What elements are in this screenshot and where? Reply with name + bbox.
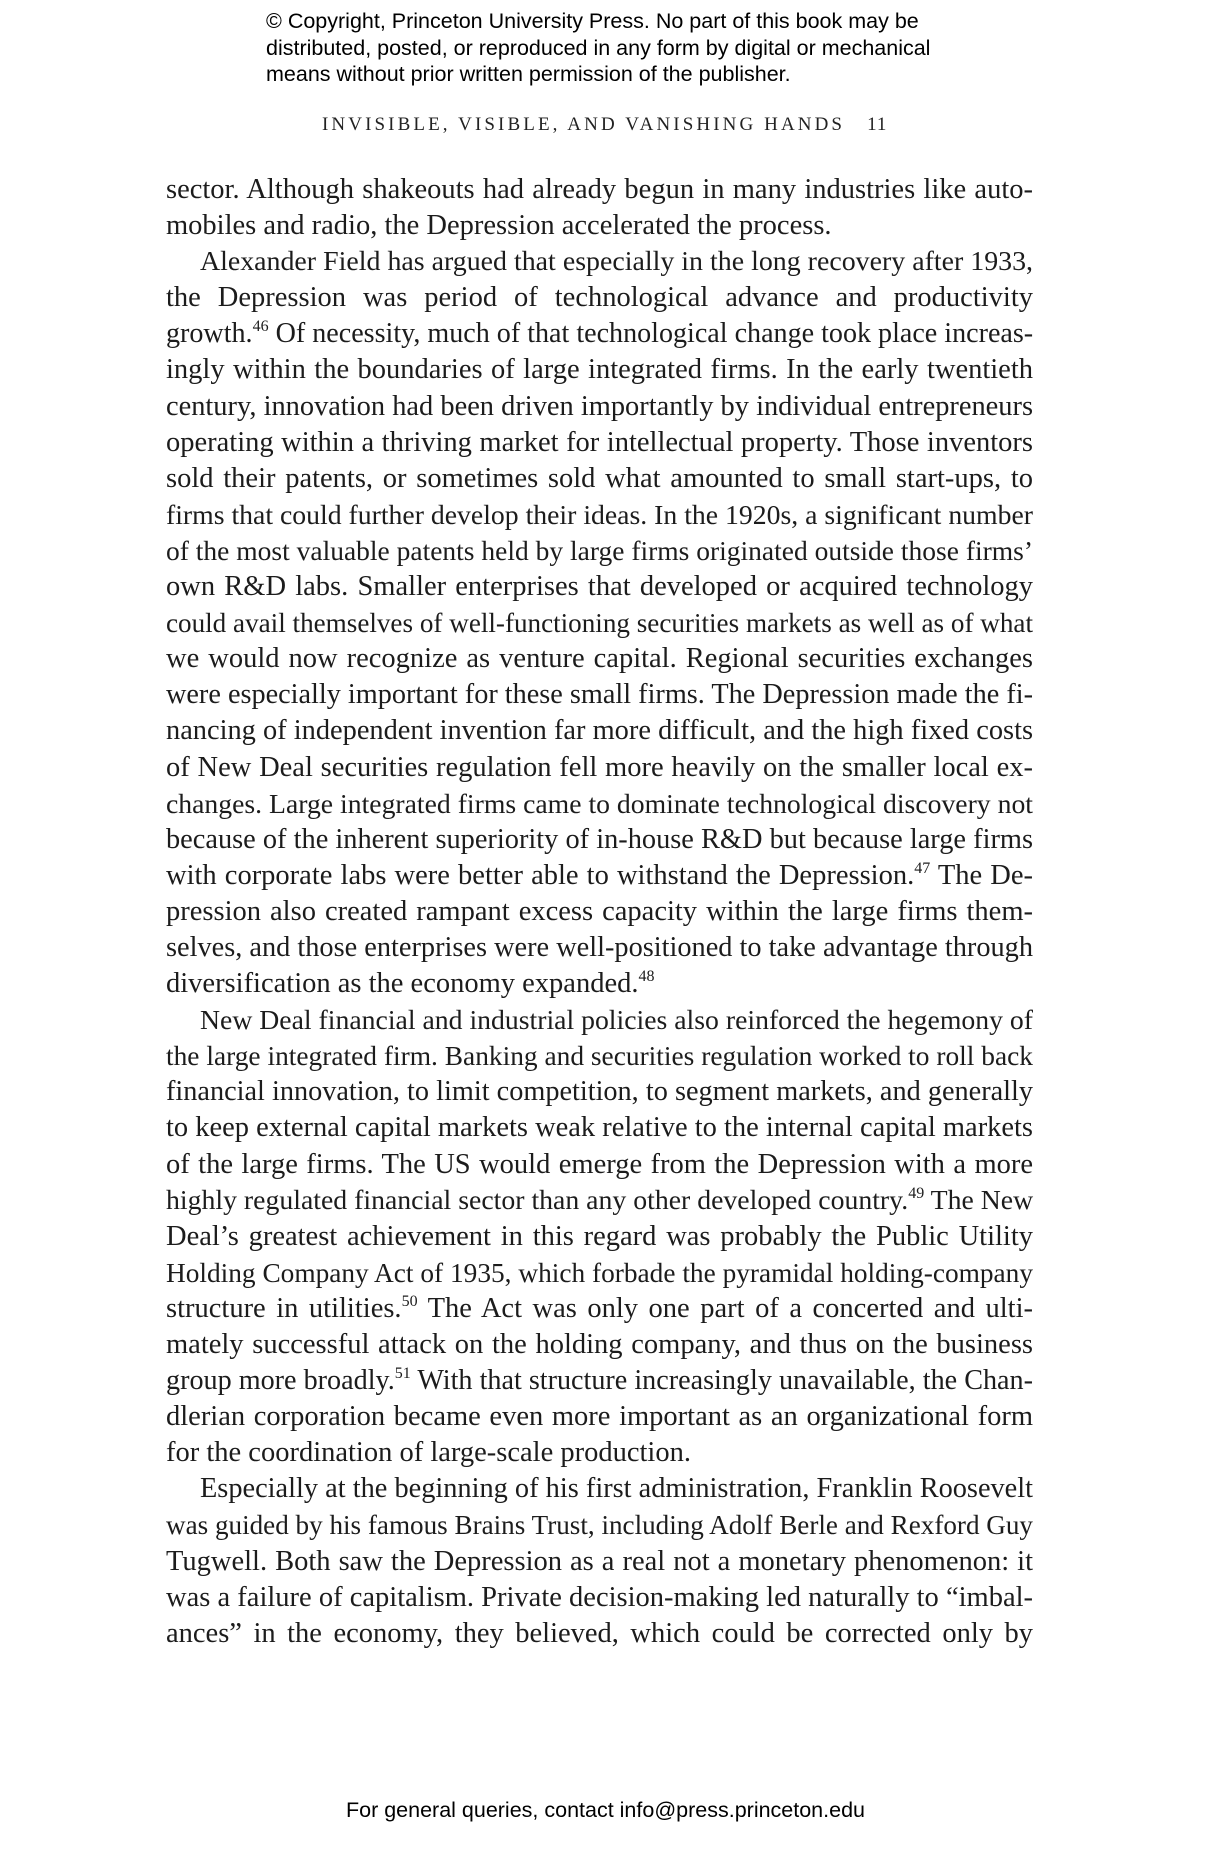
text-line-content: century, innovation had been driven impo…: [166, 391, 1033, 422]
text-line: of New Deal securities regulation fell m…: [166, 750, 1033, 786]
running-head-title: INVISIBLE, VISIBLE, AND VANISHING HANDS: [322, 114, 845, 135]
text-line-content: pression also created rampant excess cap…: [166, 896, 1033, 927]
footer-notice: For general queries, contact info@press.…: [0, 1798, 1225, 1823]
text-line: structure in utilities.50 The Act was on…: [166, 1291, 1033, 1327]
text-line-content: the large integrated firm. Banking and s…: [166, 1041, 1033, 1071]
text-line-content: with corporate labs were better able to …: [166, 860, 914, 891]
text-line: century, innovation had been driven impo…: [166, 389, 1033, 425]
text-line: sector. Although shakeouts had already b…: [166, 172, 1033, 208]
text-line: because of the inherent superiority of i…: [166, 822, 1033, 858]
text-line-continuation: The Act was only one part of a concerted…: [418, 1293, 1033, 1324]
text-line-content: firms that could further develop their i…: [166, 499, 1033, 530]
text-line-content: nancing of independent invention far mor…: [166, 715, 1033, 746]
text-line: firms that could further develop their i…: [166, 497, 1033, 533]
text-line-content: sold their patents, or sometimes sold wh…: [166, 463, 1033, 494]
copyright-line: distributed, posted, or reproduced in an…: [266, 35, 986, 62]
text-line-content: ances” in the economy, they believed, wh…: [166, 1618, 1033, 1649]
text-line: of the most valuable patents held by lar…: [166, 533, 1033, 569]
text-line: Especially at the beginning of his first…: [166, 1471, 1033, 1507]
text-line: Holding Company Act of 1935, which forba…: [166, 1255, 1033, 1291]
text-line-content: dlerian corporation became even more imp…: [166, 1401, 1033, 1432]
text-line: selves, and those enterprises were well-…: [166, 930, 1033, 966]
text-line-content: Holding Company Act of 1935, which forba…: [166, 1258, 1033, 1288]
text-line-content: for the coordination of large-scale prod…: [166, 1437, 691, 1468]
text-line: were especially important for these smal…: [166, 677, 1033, 713]
text-line-continuation: With that structure increasingly unavail…: [411, 1365, 1033, 1396]
text-line-content: financial innovation, to limit competiti…: [166, 1076, 1033, 1107]
text-line-content: mately successful attack on the holding …: [166, 1329, 1033, 1360]
text-line: was a failure of capitalism. Private dec…: [166, 1580, 1033, 1616]
footer-text: For general queries, contact info@press.…: [346, 1798, 865, 1822]
text-line: changes. Large integrated firms came to …: [166, 786, 1033, 822]
text-line-content: could avail themselves of well-functioni…: [166, 608, 1033, 638]
text-line: the large integrated firm. Banking and s…: [166, 1038, 1033, 1074]
text-line-continuation: Of necessity, much of that technological…: [269, 318, 1034, 349]
text-line-continuation: The New: [924, 1185, 1033, 1216]
running-head: INVISIBLE, VISIBLE, AND VANISHING HANDS1…: [322, 114, 887, 144]
footnote-reference: 48: [638, 968, 654, 985]
text-line: highly regulated financial sector than a…: [166, 1183, 1033, 1219]
footnote-reference: 47: [914, 860, 930, 877]
text-line-content: diversification as the economy expanded.: [166, 968, 638, 999]
copyright-line: © Copyright, Princeton University Press.…: [266, 8, 986, 35]
text-line: the Depression was period of technologic…: [166, 280, 1033, 316]
text-line-content: sector. Although shakeouts had already b…: [166, 174, 1033, 205]
text-line-content: highly regulated financial sector than a…: [166, 1185, 908, 1216]
text-line: with corporate labs were better able to …: [166, 858, 1033, 894]
text-line-content: to keep external capital markets weak re…: [166, 1112, 1033, 1143]
text-line-content: of New Deal securities regulation fell m…: [166, 752, 1033, 783]
text-line: nancing of independent invention far mor…: [166, 713, 1033, 749]
text-line-content: New Deal financial and industrial polici…: [200, 1004, 1033, 1035]
text-line: pression also created rampant excess cap…: [166, 894, 1033, 930]
text-line-content: own R&D labs. Smaller enterprises that d…: [166, 571, 1033, 602]
text-line-content: because of the inherent superiority of i…: [166, 824, 1033, 855]
text-line-content: mobiles and radio, the Depression accele…: [166, 210, 832, 241]
text-line: sold their patents, or sometimes sold wh…: [166, 461, 1033, 497]
text-line-content: we would now recognize as venture capita…: [166, 643, 1033, 674]
text-line-content: growth.: [166, 318, 253, 349]
text-line-content: of the most valuable patents held by lar…: [166, 536, 1033, 566]
copyright-line: means without prior written permission o…: [266, 61, 986, 88]
page-number: 11: [867, 114, 887, 135]
text-line: of the large firms. The US would emerge …: [166, 1147, 1033, 1183]
text-line-content: the Depression was period of technologic…: [166, 282, 1033, 313]
text-line-content: changes. Large integrated firms came to …: [166, 788, 1033, 819]
text-line-content: was a failure of capitalism. Private dec…: [166, 1582, 1033, 1613]
text-line-content: group more broadly.: [166, 1365, 395, 1396]
text-line: growth.46 Of necessity, much of that tec…: [166, 316, 1033, 352]
text-line-content: Deal’s greatest achievement in this rega…: [166, 1221, 1033, 1252]
text-line: diversification as the economy expanded.…: [166, 966, 1033, 1002]
text-line: group more broadly.51 With that structur…: [166, 1363, 1033, 1399]
text-line: operating within a thriving market for i…: [166, 425, 1033, 461]
text-line: could avail themselves of well-functioni…: [166, 605, 1033, 641]
footnote-reference: 49: [908, 1185, 924, 1202]
text-line: ingly within the boundaries of large int…: [166, 352, 1033, 388]
text-line-content: was guided by his famous Brains Trust, i…: [166, 1510, 1033, 1540]
text-line: dlerian corporation became even more imp…: [166, 1399, 1033, 1435]
text-line: was guided by his famous Brains Trust, i…: [166, 1507, 1033, 1543]
footnote-reference: 51: [395, 1365, 411, 1382]
text-line: mobiles and radio, the Depression accele…: [166, 208, 1033, 244]
footnote-reference: 50: [402, 1293, 418, 1310]
text-line-content: Especially at the beginning of his first…: [200, 1473, 1033, 1504]
text-line-content: selves, and those enterprises were well-…: [166, 932, 1033, 963]
text-line: Deal’s greatest achievement in this rega…: [166, 1219, 1033, 1255]
copyright-notice: © Copyright, Princeton University Press.…: [266, 8, 986, 88]
text-line-content: structure in utilities.: [166, 1293, 402, 1324]
text-line-content: of the large firms. The US would emerge …: [166, 1149, 1033, 1180]
text-line: Alexander Field has argued that especial…: [166, 244, 1033, 280]
text-line: for the coordination of large-scale prod…: [166, 1435, 1033, 1471]
text-line: own R&D labs. Smaller enterprises that d…: [166, 569, 1033, 605]
text-line-content: Alexander Field has argued that especial…: [200, 246, 1033, 277]
text-line: ances” in the economy, they believed, wh…: [166, 1616, 1033, 1652]
text-line: mately successful attack on the holding …: [166, 1327, 1033, 1363]
text-line: we would now recognize as venture capita…: [166, 641, 1033, 677]
text-line-content: were especially important for these smal…: [166, 679, 1033, 710]
text-line-continuation: The De-: [930, 860, 1033, 891]
footnote-reference: 46: [253, 318, 269, 335]
text-line: New Deal financial and industrial polici…: [166, 1002, 1033, 1038]
body-text: sector. Although shakeouts had already b…: [166, 172, 1033, 1652]
text-line: financial innovation, to limit competiti…: [166, 1074, 1033, 1110]
text-line-content: ingly within the boundaries of large int…: [166, 354, 1033, 385]
text-line: Tugwell. Both saw the Depression as a re…: [166, 1544, 1033, 1580]
text-line-content: Tugwell. Both saw the Depression as a re…: [166, 1546, 1033, 1577]
text-line-content: operating within a thriving market for i…: [166, 427, 1033, 458]
text-line: to keep external capital markets weak re…: [166, 1110, 1033, 1146]
